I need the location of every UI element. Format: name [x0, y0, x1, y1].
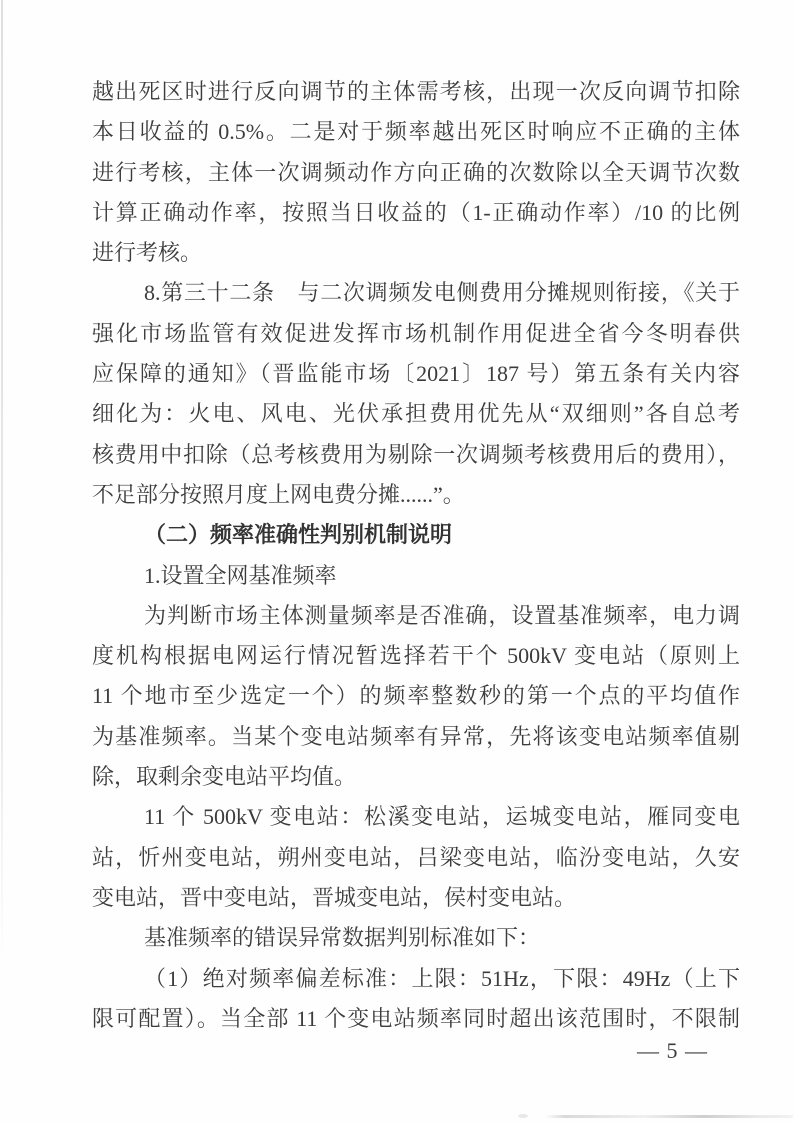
text-line: 11 个 500kV 变电站：松溪变电站，运城变电站，雁同变电	[92, 797, 740, 837]
text-line: 应保障的通知》（晋监能市场〔2021〕187 号）第五条有关内容	[92, 354, 740, 394]
text-line: 站，忻州变电站，朔州变电站，吕梁变电站，临汾变电站，久安	[92, 838, 740, 878]
text-line: 进行考核。	[92, 233, 740, 273]
text-line: 基准频率的错误异常数据判别标准如下：	[92, 918, 740, 958]
text-line: 限可配置）。当全部 11 个变电站频率同时超出该范围时，不限制	[92, 999, 740, 1039]
text-line: 度机构根据电网运行情况暂选择若干个 500kV 变电站（原则上	[92, 636, 740, 676]
text-line: 核费用中扣除（总考核费用为剔除一次调频考核费用后的费用），	[92, 435, 740, 475]
document-page: 越出死区时进行反向调节的主体需考核，出现一次反向调节扣除 本日收益的 0.5%。…	[0, 0, 794, 1122]
text-line: 越出死区时进行反向调节的主体需考核，出现一次反向调节扣除	[92, 72, 740, 112]
text-line: 本日收益的 0.5%。二是对于频率越出死区时响应不正确的主体	[92, 112, 740, 152]
text-line: 除，取剩余变电站平均值。	[92, 757, 740, 797]
text-line: 不足部分按照月度上网电费分摊......”。	[92, 475, 740, 515]
scan-speck-artifact	[518, 1114, 528, 1118]
text-line: 为基准频率。当某个变电站频率有异常，先将该变电站频率值剔	[92, 717, 740, 757]
text-line: 变电站，晋中变电站，晋城变电站，侯村变电站。	[92, 878, 740, 918]
text-line: 8.第三十二条 与二次调频发电侧费用分摊规则衔接，《关于	[92, 273, 740, 313]
document-text-block: 越出死区时进行反向调节的主体需考核，出现一次反向调节扣除 本日收益的 0.5%。…	[92, 72, 740, 1039]
text-line: 为判断市场主体测量频率是否准确，设置基准频率，电力调	[92, 596, 740, 636]
text-line: （1）绝对频率偏差标准：上限：51Hz，下限：49Hz（上下	[92, 959, 740, 999]
text-line: 计算正确动作率，按照当日收益的（1-正确动作率）/10 的比例	[92, 193, 740, 233]
scan-left-edge-artifact	[1, 0, 3, 960]
text-line: 进行考核，主体一次调频动作方向正确的次数除以全天调节次数	[92, 153, 740, 193]
subsection-heading: 1.设置全网基准频率	[92, 556, 740, 596]
section-heading: （二）频率准确性判别机制说明	[92, 515, 740, 555]
scan-bottom-streak-artifact	[545, 1115, 793, 1118]
page-number: — 5 —	[637, 1038, 708, 1064]
text-line: 强化市场监管有效促进发挥市场机制作用促进全省今冬明春供	[92, 314, 740, 354]
text-line: 11 个地市至少选定一个）的频率整数秒的第一个点的平均值作	[92, 676, 740, 716]
text-line: 细化为：火电、风电、光伏承担费用优先从“双细则”各自总考	[92, 394, 740, 434]
